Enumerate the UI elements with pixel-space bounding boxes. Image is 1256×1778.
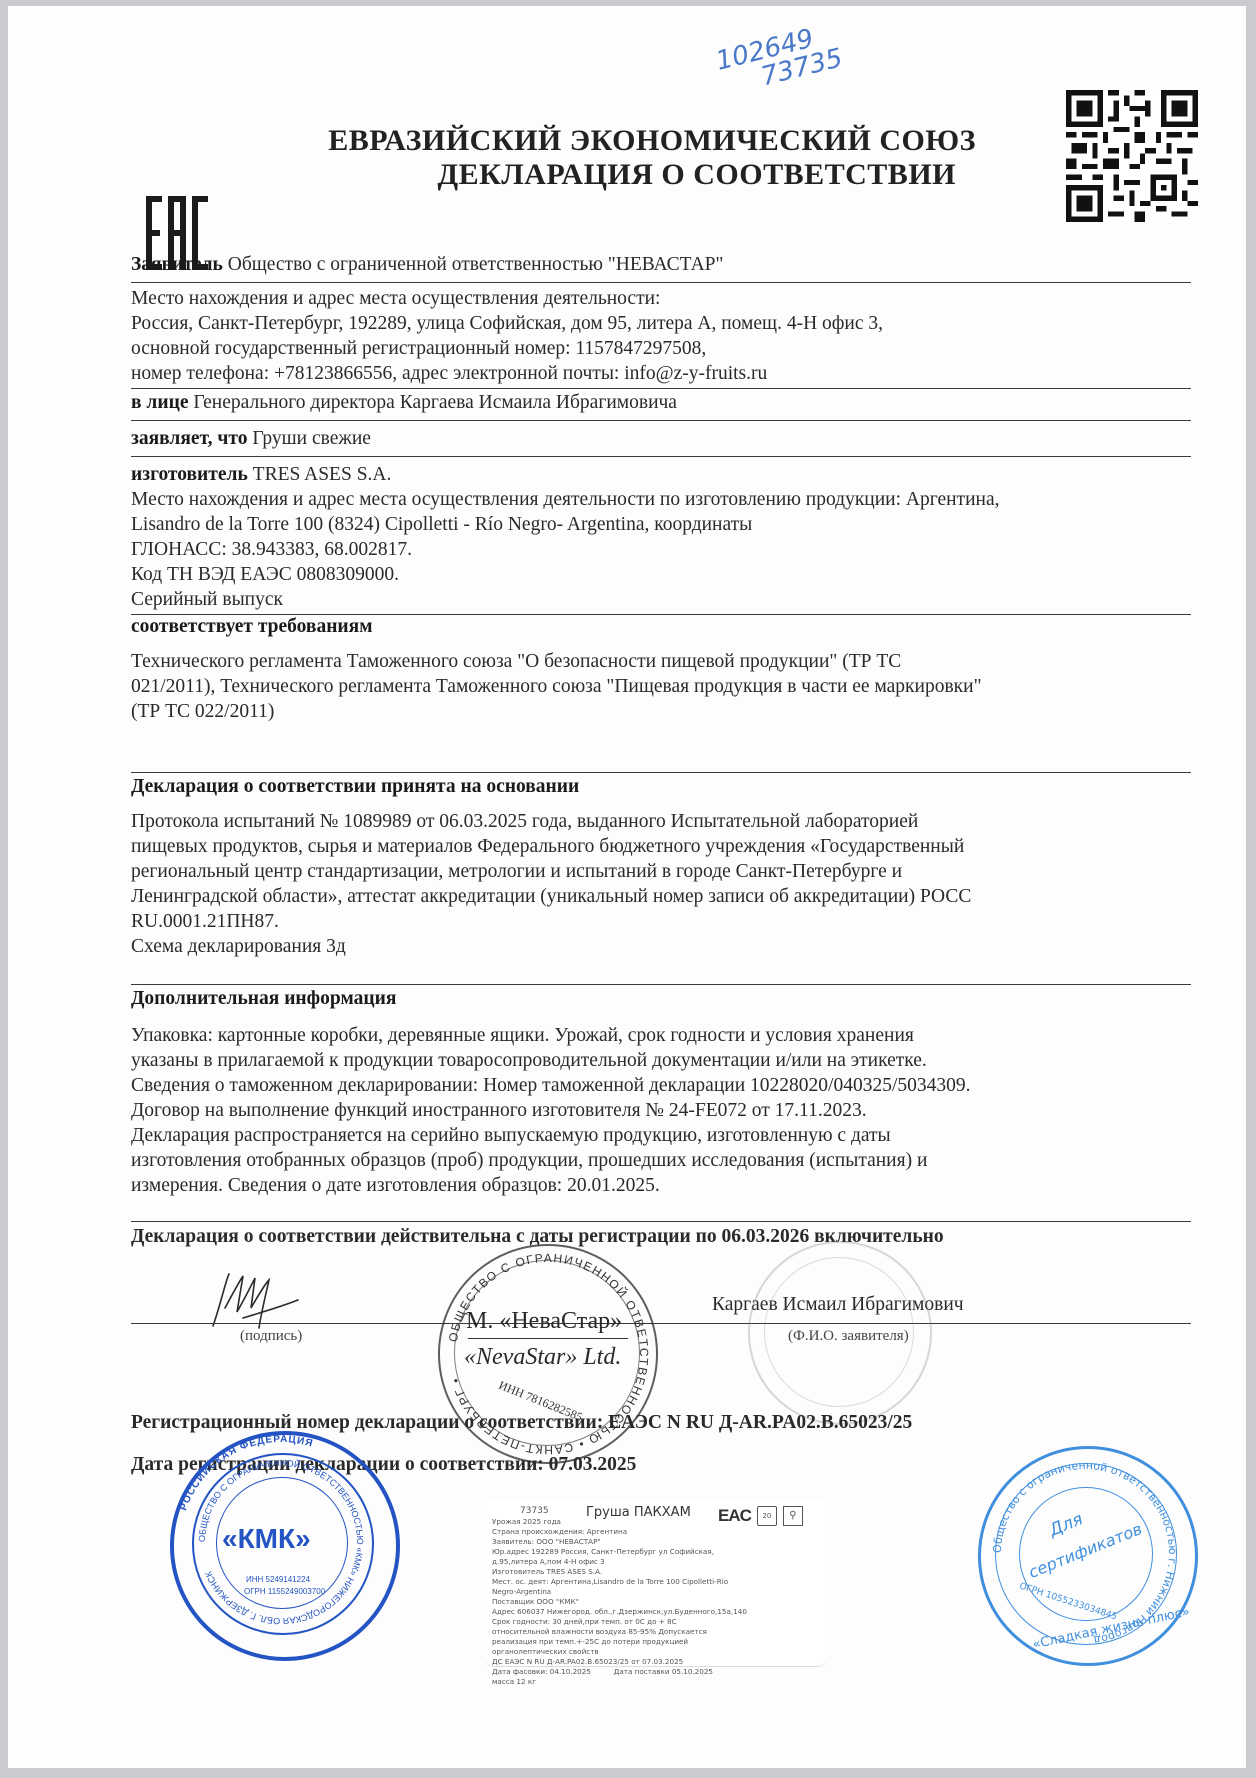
additional-line: изготовления отобранных образцов (проб) …	[131, 1148, 1191, 1173]
scheme-line: Схема декларирования 3д	[131, 934, 1191, 959]
representative-row: в лице Генерального директора Каргаева И…	[131, 390, 1191, 415]
address-line: Россия, Санкт-Петербург, 192289, улица С…	[131, 311, 1191, 336]
label-lines: Урожая 2025 года Страна происхождения: А…	[492, 1517, 822, 1687]
label-line: относительной влажности воздуха 85-95% Д…	[492, 1627, 822, 1637]
manufacturer-value: TRES ASES S.A.	[253, 464, 392, 485]
divider	[131, 420, 1191, 421]
label-line: ДС ЕАЭС N RU Д-AR.PA02.B.65023/25 от 07.…	[492, 1657, 822, 1667]
kmk-center-text: «КМК»	[222, 1523, 311, 1555]
kmk-ogrn: ОГРН 1155249003700	[244, 1587, 325, 1596]
requirements-line: 021/2011), Технического регламента Тамож…	[131, 674, 1191, 699]
requirements-section: соответствует требованиям Технического р…	[131, 614, 1191, 724]
divider	[131, 388, 1191, 389]
additional-section: Дополнительная информация Упаковка: карт…	[131, 986, 1191, 1198]
signature-caption: (подпись)	[240, 1328, 302, 1345]
additional-line: указаны в прилагаемой к продукции товаро…	[131, 1048, 1191, 1073]
label-line: Мест. ос. деят: Аргентина,Lisandro de la…	[492, 1577, 822, 1587]
basis-line: пищевых продуктов, сырья и материалов Фе…	[131, 834, 1191, 859]
product-label: 73735 Груша ПАКХАМ EAC 20 ⚲ Урожая 2025 …	[486, 1500, 826, 1667]
label-line: Адрес 606037 Нижегород. обл.,г.Дзержинск…	[492, 1607, 822, 1617]
divider	[131, 282, 1191, 283]
sweet-life-stamp-icon: Общество с ограниченной ответственностью…	[978, 1446, 1198, 1666]
additional-heading: Дополнительная информация	[131, 986, 1191, 1011]
requirements-heading: соответствует требованиям	[131, 614, 1191, 639]
title-declaration: ДЕКЛАРАЦИЯ О СООТВЕТСТВИИ	[438, 158, 956, 192]
signature-line	[131, 1323, 1191, 1324]
label-line: масса 12 кг	[492, 1677, 822, 1687]
basis-section: Декларация о соответствии принята на осн…	[131, 774, 1191, 959]
label-line: Заявитель: ООО "НЕВАСТАР"	[492, 1537, 822, 1547]
label-line: д.95,литера А,пом 4-Н офис 3	[492, 1557, 822, 1567]
address-line: основной государственный регистрационный…	[131, 336, 1191, 361]
address-line: Место нахождения и адрес места осуществл…	[131, 286, 1191, 311]
label-line: реализация при темп.+-25С до потери прод…	[492, 1637, 822, 1647]
qr-code-icon	[1066, 90, 1198, 222]
nevastar-name-en: «NevaStar» Ltd.	[464, 1344, 621, 1371]
manufacturer-line: ГЛОНАСС: 38.943383, 68.002817.	[131, 537, 1191, 562]
basis-line: региональный центр стандартизации, метро…	[131, 859, 1191, 884]
label-line: Урожая 2025 года	[492, 1517, 822, 1527]
applicant-address: Место нахождения и адрес места осуществл…	[131, 286, 1191, 386]
label-line: Страна происхождения: Аргентина	[492, 1527, 822, 1537]
divider	[131, 772, 1191, 773]
label-line: Изготовитель TRES ASES S.A.	[492, 1567, 822, 1577]
divider	[131, 1221, 1191, 1222]
nevastar-name-ru: М. «НеваСтар»	[466, 1308, 622, 1335]
basis-heading: Декларация о соответствии принята на осн…	[131, 774, 1191, 799]
representative-value: Генерального директора Каргаева Исмаила …	[193, 392, 677, 413]
basis-line: Протокола испытаний № 1089989 от 06.03.2…	[131, 809, 1191, 834]
manufacturer-line: Серийный выпуск	[131, 587, 1191, 612]
faded-stamp-icon	[748, 1241, 932, 1425]
basis-line: Ленинградской области», аттестат аккреди…	[131, 884, 1191, 909]
additional-line: измерения. Сведения о дате изготовления …	[131, 1173, 1191, 1198]
label-line: Дата фасовки: 04.10.2025 Дата поставки 0…	[492, 1667, 822, 1677]
declares-row: заявляет, что Груши свежие	[131, 426, 1191, 451]
registration-number: ЕАЭС N RU Д-AR.PA02.B.65023/25	[608, 1412, 912, 1433]
manufacturer-line: Lisandro de la Torre 100 (8324) Cipollet…	[131, 512, 1191, 537]
registration-number-label: Регистрационный номер декларации о соотв…	[131, 1412, 603, 1433]
label-line: Поставщик ООО "КМК"	[492, 1597, 822, 1607]
additional-line: Сведения о таможенном декларировании: Но…	[131, 1073, 1191, 1098]
basis-line: RU.0001.21ПН87.	[131, 909, 1191, 934]
label-line: Срок годности: 30 дней,при темп. от 0С д…	[492, 1617, 822, 1627]
manufacturer-line: Код ТН ВЭД ЕАЭС 0808309000.	[131, 562, 1191, 587]
applicant-label: Заявитель	[131, 254, 223, 275]
applicant-value: Общество с ограниченной ответственностью…	[228, 254, 724, 275]
additional-line: Декларация распространяется на серийно в…	[131, 1123, 1191, 1148]
divider	[131, 456, 1191, 457]
representative-label: в лице	[131, 392, 188, 413]
kmk-stamp-icon: РОССИЙСКАЯ ФЕДЕРАЦИЯ ОБЩЕСТВО С ОГРАНИЧЕ…	[170, 1431, 400, 1661]
title-union: ЕВРАЗИЙСКИЙ ЭКОНОМИЧЕСКИЙ СОЮЗ	[328, 124, 976, 158]
divider	[131, 984, 1191, 985]
validity-text: Декларация о соответствии действительна …	[131, 1224, 1191, 1249]
manufacturer-label: изготовитель	[131, 464, 248, 485]
label-code: 73735	[520, 1506, 549, 1516]
label-line: Negro-Argentina	[492, 1587, 822, 1597]
handwritten-note: 102649 73735	[714, 20, 846, 100]
manufacturer-section: изготовитель TRES ASES S.A. Место нахожд…	[131, 462, 1191, 612]
kmk-inn: ИНН 5249141224	[246, 1575, 310, 1584]
declares-label: заявляет, что	[131, 428, 248, 449]
manufacturer-line: Место нахождения и адрес места осуществл…	[131, 487, 1191, 512]
declaration-page: 102649 73735 ЕВРАЗИЙСКИЙ ЭКОНОМИЧЕСКИЙ С…	[8, 6, 1246, 1768]
address-line: номер телефона: +78123866556, адрес элек…	[131, 361, 1191, 386]
signature-icon	[203, 1268, 303, 1337]
requirements-line: (ТР ТС 022/2011)	[131, 699, 1191, 724]
additional-line: Договор на выполнение функций иностранно…	[131, 1098, 1191, 1123]
label-line: органолептических свойств	[492, 1647, 822, 1657]
label-line: Юр.адрес 192289 Россия, Санкт-Петербург …	[492, 1547, 822, 1557]
requirements-line: Технического регламента Таможенного союз…	[131, 649, 1191, 674]
declares-value: Груши свежие	[252, 428, 371, 449]
registration-date: 07.03.2025	[549, 1454, 637, 1475]
applicant-row: Заявитель Общество с ограниченной ответс…	[131, 252, 1191, 277]
additional-line: Упаковка: картонные коробки, деревянные …	[131, 1023, 1191, 1048]
